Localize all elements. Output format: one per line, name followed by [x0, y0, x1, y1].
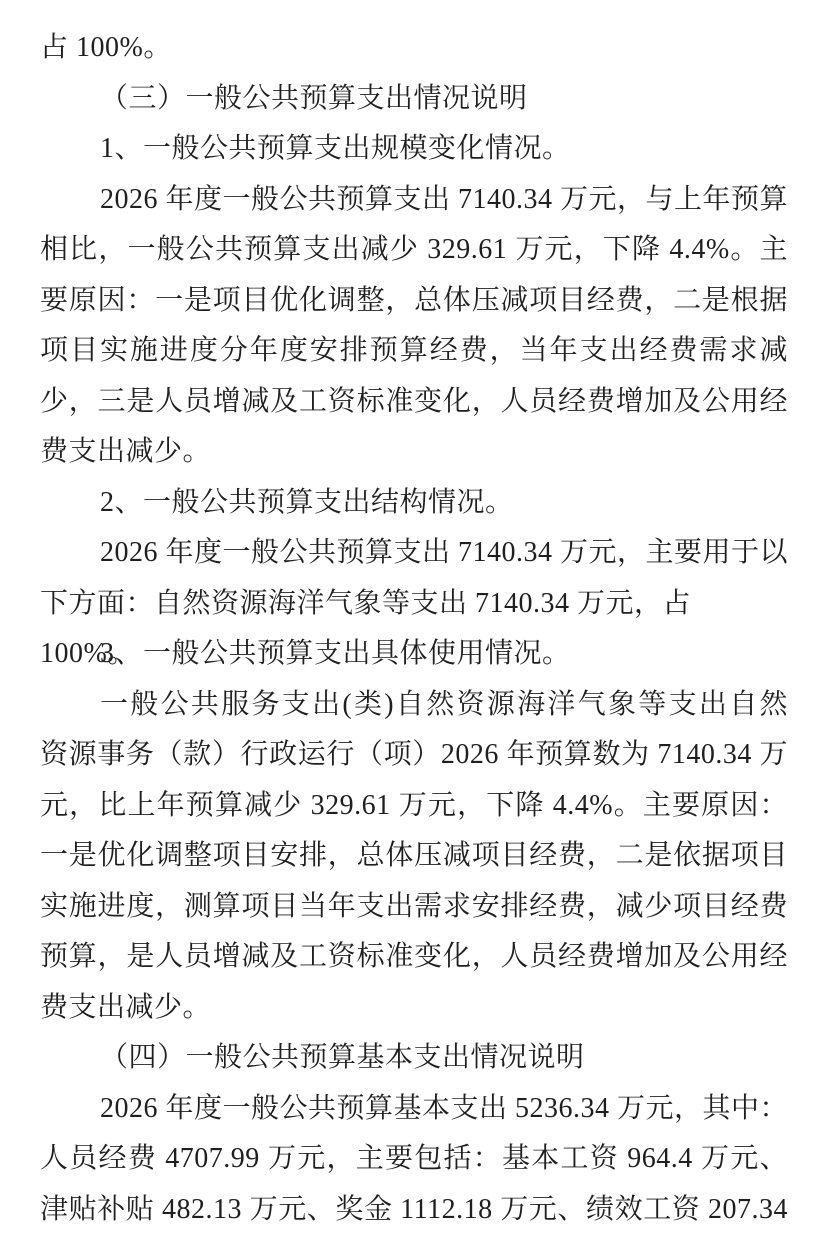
paragraph-continuation: 占 100%。	[40, 23, 788, 74]
text-line: 3、一般公共预算支出具体使用情况。	[40, 629, 788, 680]
text-line: 费支出减少。	[40, 427, 788, 478]
text-line: 项目实施进度分年度安排预算经费，当年支出经费需求减	[40, 326, 788, 377]
subsection-heading: 3、一般公共预算支出具体使用情况。	[40, 629, 788, 680]
text-line: （四）一般公共预算基本支出情况说明	[40, 1033, 788, 1084]
text-line: 预算，是人员增减及工资标准变化，人员经费增加及公用经	[40, 932, 788, 983]
text-line: 费支出减少。	[40, 983, 788, 1034]
text-line: 资源事务（款）行政运行（项）2026 年预算数为 7140.34 万	[40, 730, 788, 781]
text-line: 人员经费 4707.99 万元，主要包括：基本工资 964.4 万元、	[40, 1134, 788, 1185]
text-line: （三）一般公共预算支出情况说明	[40, 74, 788, 125]
text-line: 一是优化调整项目安排，总体压减项目经费，二是依据项目	[40, 831, 788, 882]
text-line: 2026 年度一般公共预算基本支出 5236.34 万元，其中：	[40, 1084, 788, 1135]
text-line: 实施进度，测算项目当年支出需求安排经费，减少项目经费	[40, 882, 788, 933]
text-line: 2026 年度一般公共预算支出 7140.34 万元，与上年预算	[40, 175, 788, 226]
text-line: 一般公共服务支出(类)自然资源海洋气象等支出自然	[40, 680, 788, 731]
paragraph: 一般公共服务支出(类)自然资源海洋气象等支出自然资源事务（款）行政运行（项）20…	[40, 680, 788, 1034]
text-line: 2、一般公共预算支出结构情况。	[40, 478, 788, 529]
paragraph: 2026 年度一般公共预算支出 7140.34 万元，与上年预算相比，一般公共预…	[40, 175, 788, 478]
subsection-heading: 2、一般公共预算支出结构情况。	[40, 478, 788, 529]
text-line: 下方面：自然资源海洋气象等支出 7140.34 万元，占 100%。	[40, 579, 788, 630]
document-page: 占 100%。（三）一般公共预算支出情况说明1、一般公共预算支出规模变化情况。2…	[0, 0, 813, 1254]
text-line: 元，比上年预算减少 329.61 万元，下降 4.4%。主要原因：	[40, 781, 788, 832]
paragraph: 2026 年度一般公共预算基本支出 5236.34 万元，其中：人员经费 470…	[40, 1084, 788, 1236]
section-heading: （四）一般公共预算基本支出情况说明	[40, 1033, 788, 1084]
section-heading: （三）一般公共预算支出情况说明	[40, 74, 788, 125]
text-line: 1、一般公共预算支出规模变化情况。	[40, 124, 788, 175]
text-line: 2026 年度一般公共预算支出 7140.34 万元，主要用于以	[40, 528, 788, 579]
paragraph: 2026 年度一般公共预算支出 7140.34 万元，主要用于以下方面：自然资源…	[40, 528, 788, 629]
text-line: 占 100%。	[40, 23, 788, 74]
text-line: 少，三是人员增减及工资标准变化，人员经费增加及公用经	[40, 377, 788, 428]
subsection-heading: 1、一般公共预算支出规模变化情况。	[40, 124, 788, 175]
text-line: 相比，一般公共预算支出减少 329.61 万元，下降 4.4%。主	[40, 225, 788, 276]
text-line: 要原因：一是项目优化调整，总体压减项目经费，二是根据	[40, 276, 788, 327]
text-line: 津贴补贴 482.13 万元、奖金 1112.18 万元、绩效工资 207.34	[40, 1185, 788, 1236]
